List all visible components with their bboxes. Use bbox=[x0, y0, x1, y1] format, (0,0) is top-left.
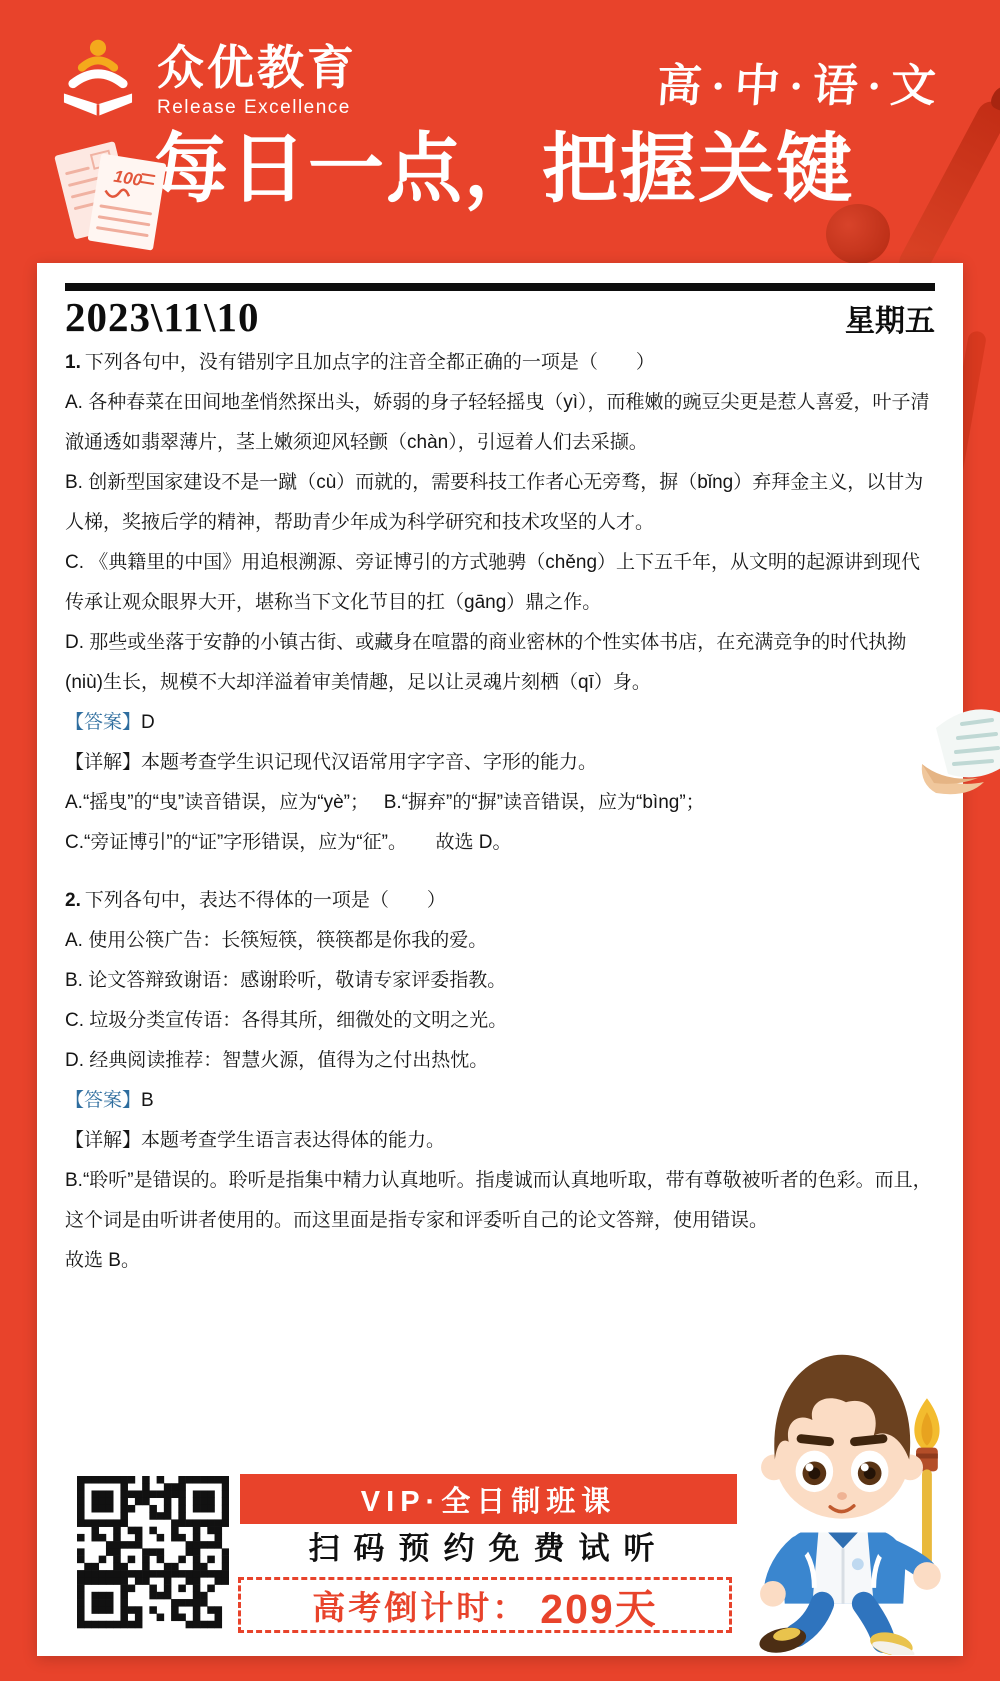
answer-value: B bbox=[141, 1090, 154, 1111]
analysis-line: C.“旁证博引”的“证”字形错误，应为“征”。 故选 D。 bbox=[65, 823, 935, 863]
question-option: B. 论文答辩致谢语：感谢聆听，敬请专家评委指教。 bbox=[65, 961, 935, 1001]
analysis-label: 【详解】 bbox=[65, 1130, 141, 1151]
question-option: A. 各种春菜在田间地垄悄然探出头，娇弱的身子轻轻摇曳（yì），而稚嫩的豌豆尖更… bbox=[65, 383, 935, 463]
question-option: A. 使用公筷广告：长筷短筷，筷筷都是你我的爱。 bbox=[65, 921, 935, 961]
question-option: B. 创新型国家建设不是一蹴（cù）而就的，需要科技工作者心无旁骛，摒（bǐng… bbox=[65, 463, 935, 543]
analysis-row: 【详解】本题考查学生识记现代汉语常用字字音、字形的能力。 bbox=[65, 743, 935, 783]
gaokao-countdown: 高考倒计时： 209天 bbox=[238, 1577, 732, 1633]
answer-label: 【答案】 bbox=[65, 712, 141, 733]
brand-tagline: Release Excellence bbox=[157, 97, 357, 119]
question-number: 2. bbox=[65, 890, 81, 911]
vip-banner: VIP·全日制班课 bbox=[240, 1474, 737, 1524]
question-stem: 2.下列各句中，表达不得体的一项是（ ） bbox=[65, 881, 935, 921]
answer-row: 【答案】D bbox=[65, 703, 935, 743]
analysis-line: B.“聆听”是错误的。聆听是指集中精力认真地听。指虔诚而认真地听取，带有尊敬被听… bbox=[65, 1161, 935, 1241]
question-option: D. 那些或坐落于安静的小镇古街、或藏身在喧嚣的商业密林的个性实体书店，在充满竞… bbox=[65, 623, 935, 703]
question-stem: 1.下列各句中，没有错别字且加点字的注音全都正确的一项是（ ） bbox=[65, 343, 935, 383]
exam-papers-icon: 100 bbox=[52, 132, 182, 252]
answer-value: D bbox=[141, 712, 155, 733]
brand-logo-icon bbox=[55, 36, 141, 126]
brand-lockup: 众优教育 Release Excellence bbox=[55, 36, 357, 126]
analysis-row: 【详解】本题考查学生语言表达得体的能力。 bbox=[65, 1121, 935, 1161]
curled-paper-illustration bbox=[918, 698, 1000, 798]
dateline: 2023\11\10 星期五 bbox=[65, 293, 935, 343]
analysis-text: 本题考查学生语言表达得体的能力。 bbox=[141, 1130, 445, 1151]
countdown-value: 209天 bbox=[540, 1576, 657, 1635]
headline: 每日一点，把握关键 bbox=[152, 126, 952, 213]
brand-name: 众优教育 bbox=[157, 44, 357, 91]
subject-title: 高·中·语·文 bbox=[655, 49, 948, 114]
header: 众优教育 Release Excellence 高·中·语·文 bbox=[55, 36, 945, 126]
poster: { "brand": { "name": "众优教育", "tagline": … bbox=[0, 0, 1000, 1681]
question-area: 1.下列各句中，没有错别字且加点字的注音全都正确的一项是（ ） A. 各种春菜在… bbox=[65, 343, 935, 1281]
analysis-line: 故选 B。 bbox=[65, 1241, 935, 1281]
question-2-block: 2.下列各句中，表达不得体的一项是（ ） A. 使用公筷广告：长筷短筷，筷筷都是… bbox=[65, 881, 935, 1281]
answer-label: 【答案】 bbox=[65, 1090, 141, 1111]
date-text: 2023\11\10 bbox=[65, 293, 260, 341]
analysis-label: 【详解】 bbox=[65, 752, 141, 773]
question-option: D. 经典阅读推荐：智慧火源，值得为之付出热忱。 bbox=[65, 1041, 935, 1081]
headline-row: 100 每日一点，把握关键 bbox=[52, 126, 952, 213]
mascot-illustration bbox=[725, 1339, 963, 1655]
weekday-text: 星期五 bbox=[845, 296, 935, 340]
content-card: 2023\11\10 星期五 1.下列各句中，没有错别字且加点字的注音全都正确的… bbox=[37, 263, 963, 1656]
qr-code bbox=[77, 1475, 229, 1629]
scan-call-to-action: 扫码预约免费试听 bbox=[240, 1521, 737, 1577]
top-rule bbox=[65, 283, 935, 291]
answer-row: 【答案】B bbox=[65, 1081, 935, 1121]
question-number: 1. bbox=[65, 352, 81, 373]
analysis-text: 本题考查学生识记现代汉语常用字字音、字形的能力。 bbox=[141, 752, 597, 773]
analysis-line: A.“摇曳”的“曳”读音错误，应为“yè”； B.“摒弃”的“摒”读音错误，应为… bbox=[65, 783, 935, 823]
question-option: C. 《典籍里的中国》用追根溯源、旁证博引的方式驰骋（chěng）上下五千年，从… bbox=[65, 543, 935, 623]
question-option: C. 垃圾分类宣传语：各得其所，细微处的文明之光。 bbox=[65, 1001, 935, 1041]
countdown-label: 高考倒计时： bbox=[312, 1582, 528, 1629]
